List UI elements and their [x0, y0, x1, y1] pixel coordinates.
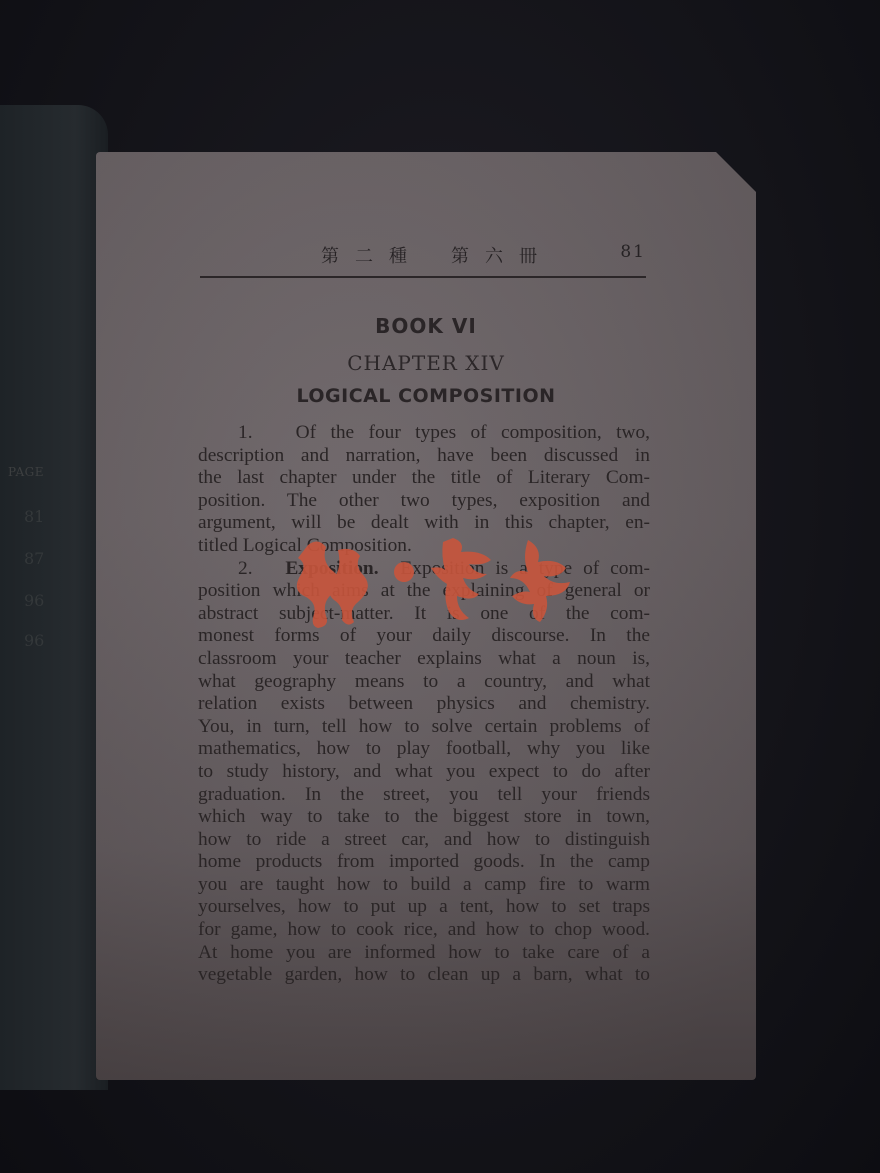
paragraph-line: relation exists between physics and chem… — [198, 693, 650, 716]
paragraph-line: 2. Exposition. Exposition is a type of c… — [198, 558, 650, 581]
paragraph-line: to study history, and what you expect to… — [198, 761, 650, 784]
paragraph-line: mathematics, how to play football, why y… — [198, 738, 650, 761]
toc-page-number: 87 — [24, 549, 44, 568]
paragraph-line: position which aims at the explaining of… — [198, 580, 650, 603]
facing-page: PAGE 81 87 96 96 — [0, 105, 108, 1090]
chapter-title: LOGICAL COMPOSITION — [96, 385, 756, 407]
paragraph-line: yourselves, how to put up a tent, how to… — [198, 896, 650, 919]
paragraph-line: classroom your teacher explains what a n… — [198, 648, 650, 671]
chapter-heading: CHAPTER XIV — [96, 351, 756, 375]
paragraph-number: 2. — [238, 558, 253, 579]
toc-page-label: PAGE — [8, 465, 44, 479]
paragraph-line: how to ride a street car, and how to dis… — [198, 829, 650, 852]
paragraph-line: At home you are informed how to take car… — [198, 942, 650, 965]
toc-page-number: 81 — [24, 507, 44, 526]
body-text: 1. Of the four types of composition, two… — [198, 422, 650, 987]
book-heading: BOOK VI — [96, 314, 756, 338]
paragraph-line: titled Logical Composition. — [198, 535, 650, 558]
paragraph-line: description and narration, have been dis… — [198, 445, 650, 468]
paragraph-number: 1. — [238, 422, 253, 443]
paragraph-line: the last chapter under the title of Lite… — [198, 467, 650, 490]
paragraph-line: 1. Of the four types of composition, two… — [198, 422, 650, 445]
running-header: 第二種 第六冊 81 — [201, 238, 646, 268]
paragraph-line: you are taught how to build a camp fire … — [198, 874, 650, 897]
paragraph-line: graduation. In the street, you tell your… — [198, 784, 650, 807]
toc-page-number: 96 — [24, 631, 44, 650]
paragraph-line: abstract subject-matter. It is one of th… — [198, 603, 650, 626]
book-page: 第二種 第六冊 81 BOOK VI CHAPTER XIV LOGICAL C… — [96, 152, 756, 1080]
paragraph-line: position. The other two types, expositio… — [198, 490, 650, 513]
toc-page-number: 96 — [24, 591, 44, 610]
paragraph-line: which way to take to the biggest store i… — [198, 806, 650, 829]
paragraph-line: You, in turn, tell how to solve certain … — [198, 716, 650, 739]
paragraph-line: argument, will be dealt with in this cha… — [198, 512, 650, 535]
header-rule — [200, 276, 646, 278]
page-number: 81 — [620, 242, 646, 262]
paragraph-line: monest forms of your daily discourse. In… — [198, 625, 650, 648]
paragraph-line: vegetable garden, how to clean up a barn… — [198, 964, 650, 987]
volume-label: 第六冊 — [451, 242, 553, 268]
paragraph-line: for game, how to cook rice, and how to c… — [198, 919, 650, 942]
series-label: 第二種 — [321, 242, 423, 268]
term-exposition: Exposition. — [285, 558, 378, 579]
paragraph-line: what geography means to a country, and w… — [198, 671, 650, 694]
paragraph-line: home products from imported goods. In th… — [198, 851, 650, 874]
